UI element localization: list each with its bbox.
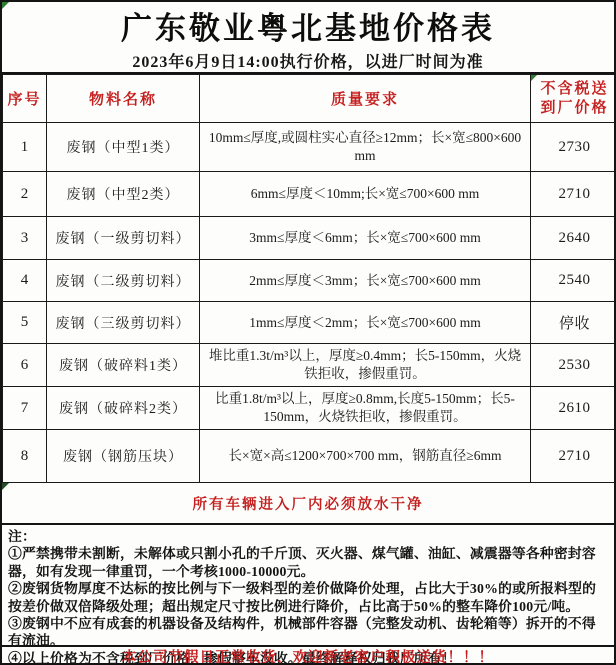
- price-table: 序号 物料名称 质量要求 不含税送到厂价格 1 废钢（中型1类） 10mm≤厚度…: [2, 74, 616, 483]
- row-quality: 3mm≤厚度＜6mm；长×宽≤700×600 mm: [200, 217, 531, 260]
- price-sheet: 广东敬业粤北基地价格表 2023年6月9日14:00执行价格，以进厂时间为准 序…: [0, 0, 616, 665]
- row-quality: 6mm≤厚度＜10mm;长×宽≤700×600 mm: [200, 172, 531, 217]
- row-seq: 8: [3, 430, 47, 483]
- row-material: 废钢（破碎料1类）: [47, 344, 200, 387]
- table-row: 1 废钢（中型1类） 10mm≤厚度,或圆柱实心直径≥12mm；长×宽≤800×…: [3, 123, 616, 172]
- row-seq: 3: [3, 217, 47, 260]
- row-material: 废钢（二级剪切料）: [47, 260, 200, 302]
- table-row: 3 废钢（一级剪切料） 3mm≤厚度＜6mm；长×宽≤700×600 mm 26…: [3, 217, 616, 260]
- row-price: 2730: [531, 123, 616, 172]
- row-material: 废钢（钢筋压块）: [47, 430, 200, 483]
- row-quality: 长×宽×高≤1200×700×700 mm，钢筋直径≥6mm: [200, 430, 531, 483]
- page-title: 广东敬业粤北基地价格表: [2, 2, 614, 48]
- table-row: 4 废钢（二级剪切料） 2mm≤厚度＜3mm；长×宽≤700×600 mm 25…: [3, 260, 616, 302]
- notes-section: 注： ①严禁携带未割断，未解体或只割小孔的千斤顶、灭火器、煤气罐、油缸、减震器等…: [2, 525, 614, 645]
- header-seq: 序号: [3, 75, 47, 123]
- sheet-corner-marker-icon: [2, 2, 9, 9]
- row-quality: 1mm≤厚度＜2mm；长×宽≤700×600 mm: [200, 302, 531, 344]
- table-row: 7 废钢（破碎料2类） 比重1.8t/m³以上，厚度≥0.8mm,长度5-150…: [3, 387, 616, 430]
- row-material: 废钢（三级剪切料）: [47, 302, 200, 344]
- row-quality: 10mm≤厚度,或圆柱实心直径≥12mm；长×宽≤800×600 mm: [200, 123, 531, 172]
- water-drain-banner: 所有车辆进入厂内必须放水干净: [2, 483, 614, 525]
- row-price: 2640: [531, 217, 616, 260]
- banner-corner-marker-icon: [2, 483, 9, 490]
- row-seq: 4: [3, 260, 47, 302]
- header-price: 不含税送到厂价格: [531, 75, 616, 123]
- table-row: 8 废钢（钢筋压块） 长×宽×高≤1200×700×700 mm，钢筋直径≥6m…: [3, 430, 616, 483]
- notes-label: 注：: [8, 528, 606, 545]
- row-seq: 2: [3, 172, 47, 217]
- table-row: 2 废钢（中型2类） 6mm≤厚度＜10mm;长×宽≤700×600 mm 27…: [3, 172, 616, 217]
- note-item-2: ②废钢货物厚度不达标的按比例与下一级料型的差价做降价处理，占比大于30%的或所报…: [8, 580, 606, 615]
- row-material: 废钢（破碎料2类）: [47, 387, 200, 430]
- row-quality: 比重1.8t/m³以上，厚度≥0.8mm,长度5-150mm；长5-150mm，…: [200, 387, 531, 430]
- header-material: 物料名称: [47, 75, 200, 123]
- table-header-row: 序号 物料名称 质量要求 不含税送到厂价格: [3, 75, 616, 123]
- row-material: 废钢（中型2类）: [47, 172, 200, 217]
- row-price: 2540: [531, 260, 616, 302]
- row-material: 废钢（一级剪切料）: [47, 217, 200, 260]
- row-seq: 5: [3, 302, 47, 344]
- row-seq: 7: [3, 387, 47, 430]
- effective-date-subtitle: 2023年6月9日14:00执行价格，以进厂时间为准: [2, 48, 614, 74]
- row-seq: 6: [3, 344, 47, 387]
- header-price-label: 不含税送到厂价格: [540, 81, 608, 116]
- row-seq: 1: [3, 123, 47, 172]
- row-quality: 堆比重1.3t/m³以上，厚度≥0.4mm；长5-150mm，火烧铁拒收，掺假重…: [200, 344, 531, 387]
- cell-corner-marker-icon: [531, 75, 537, 81]
- table-row: 5 废钢（三级剪切料） 1mm≤厚度＜2mm；长×宽≤700×600 mm 停收: [3, 302, 616, 344]
- row-price: 停收: [531, 302, 616, 344]
- header-quality: 质量要求: [200, 75, 531, 123]
- banner-text: 所有车辆进入厂内必须放水干净: [193, 493, 424, 514]
- table-row: 6 废钢（破碎料1类） 堆比重1.3t/m³以上，厚度≥0.4mm；长5-150…: [3, 344, 616, 387]
- row-price: 2710: [531, 172, 616, 217]
- row-price: 2530: [531, 344, 616, 387]
- row-price: 2610: [531, 387, 616, 430]
- note-item-1: ①严禁携带未割断，未解体或只割小孔的千斤顶、灭火器、煤气罐、油缸、减震器等各种密…: [8, 545, 606, 580]
- row-quality: 2mm≤厚度＜3mm；长×宽≤700×600 mm: [200, 260, 531, 302]
- row-material: 废钢（中型1类）: [47, 123, 200, 172]
- row-price: 2710: [531, 430, 616, 483]
